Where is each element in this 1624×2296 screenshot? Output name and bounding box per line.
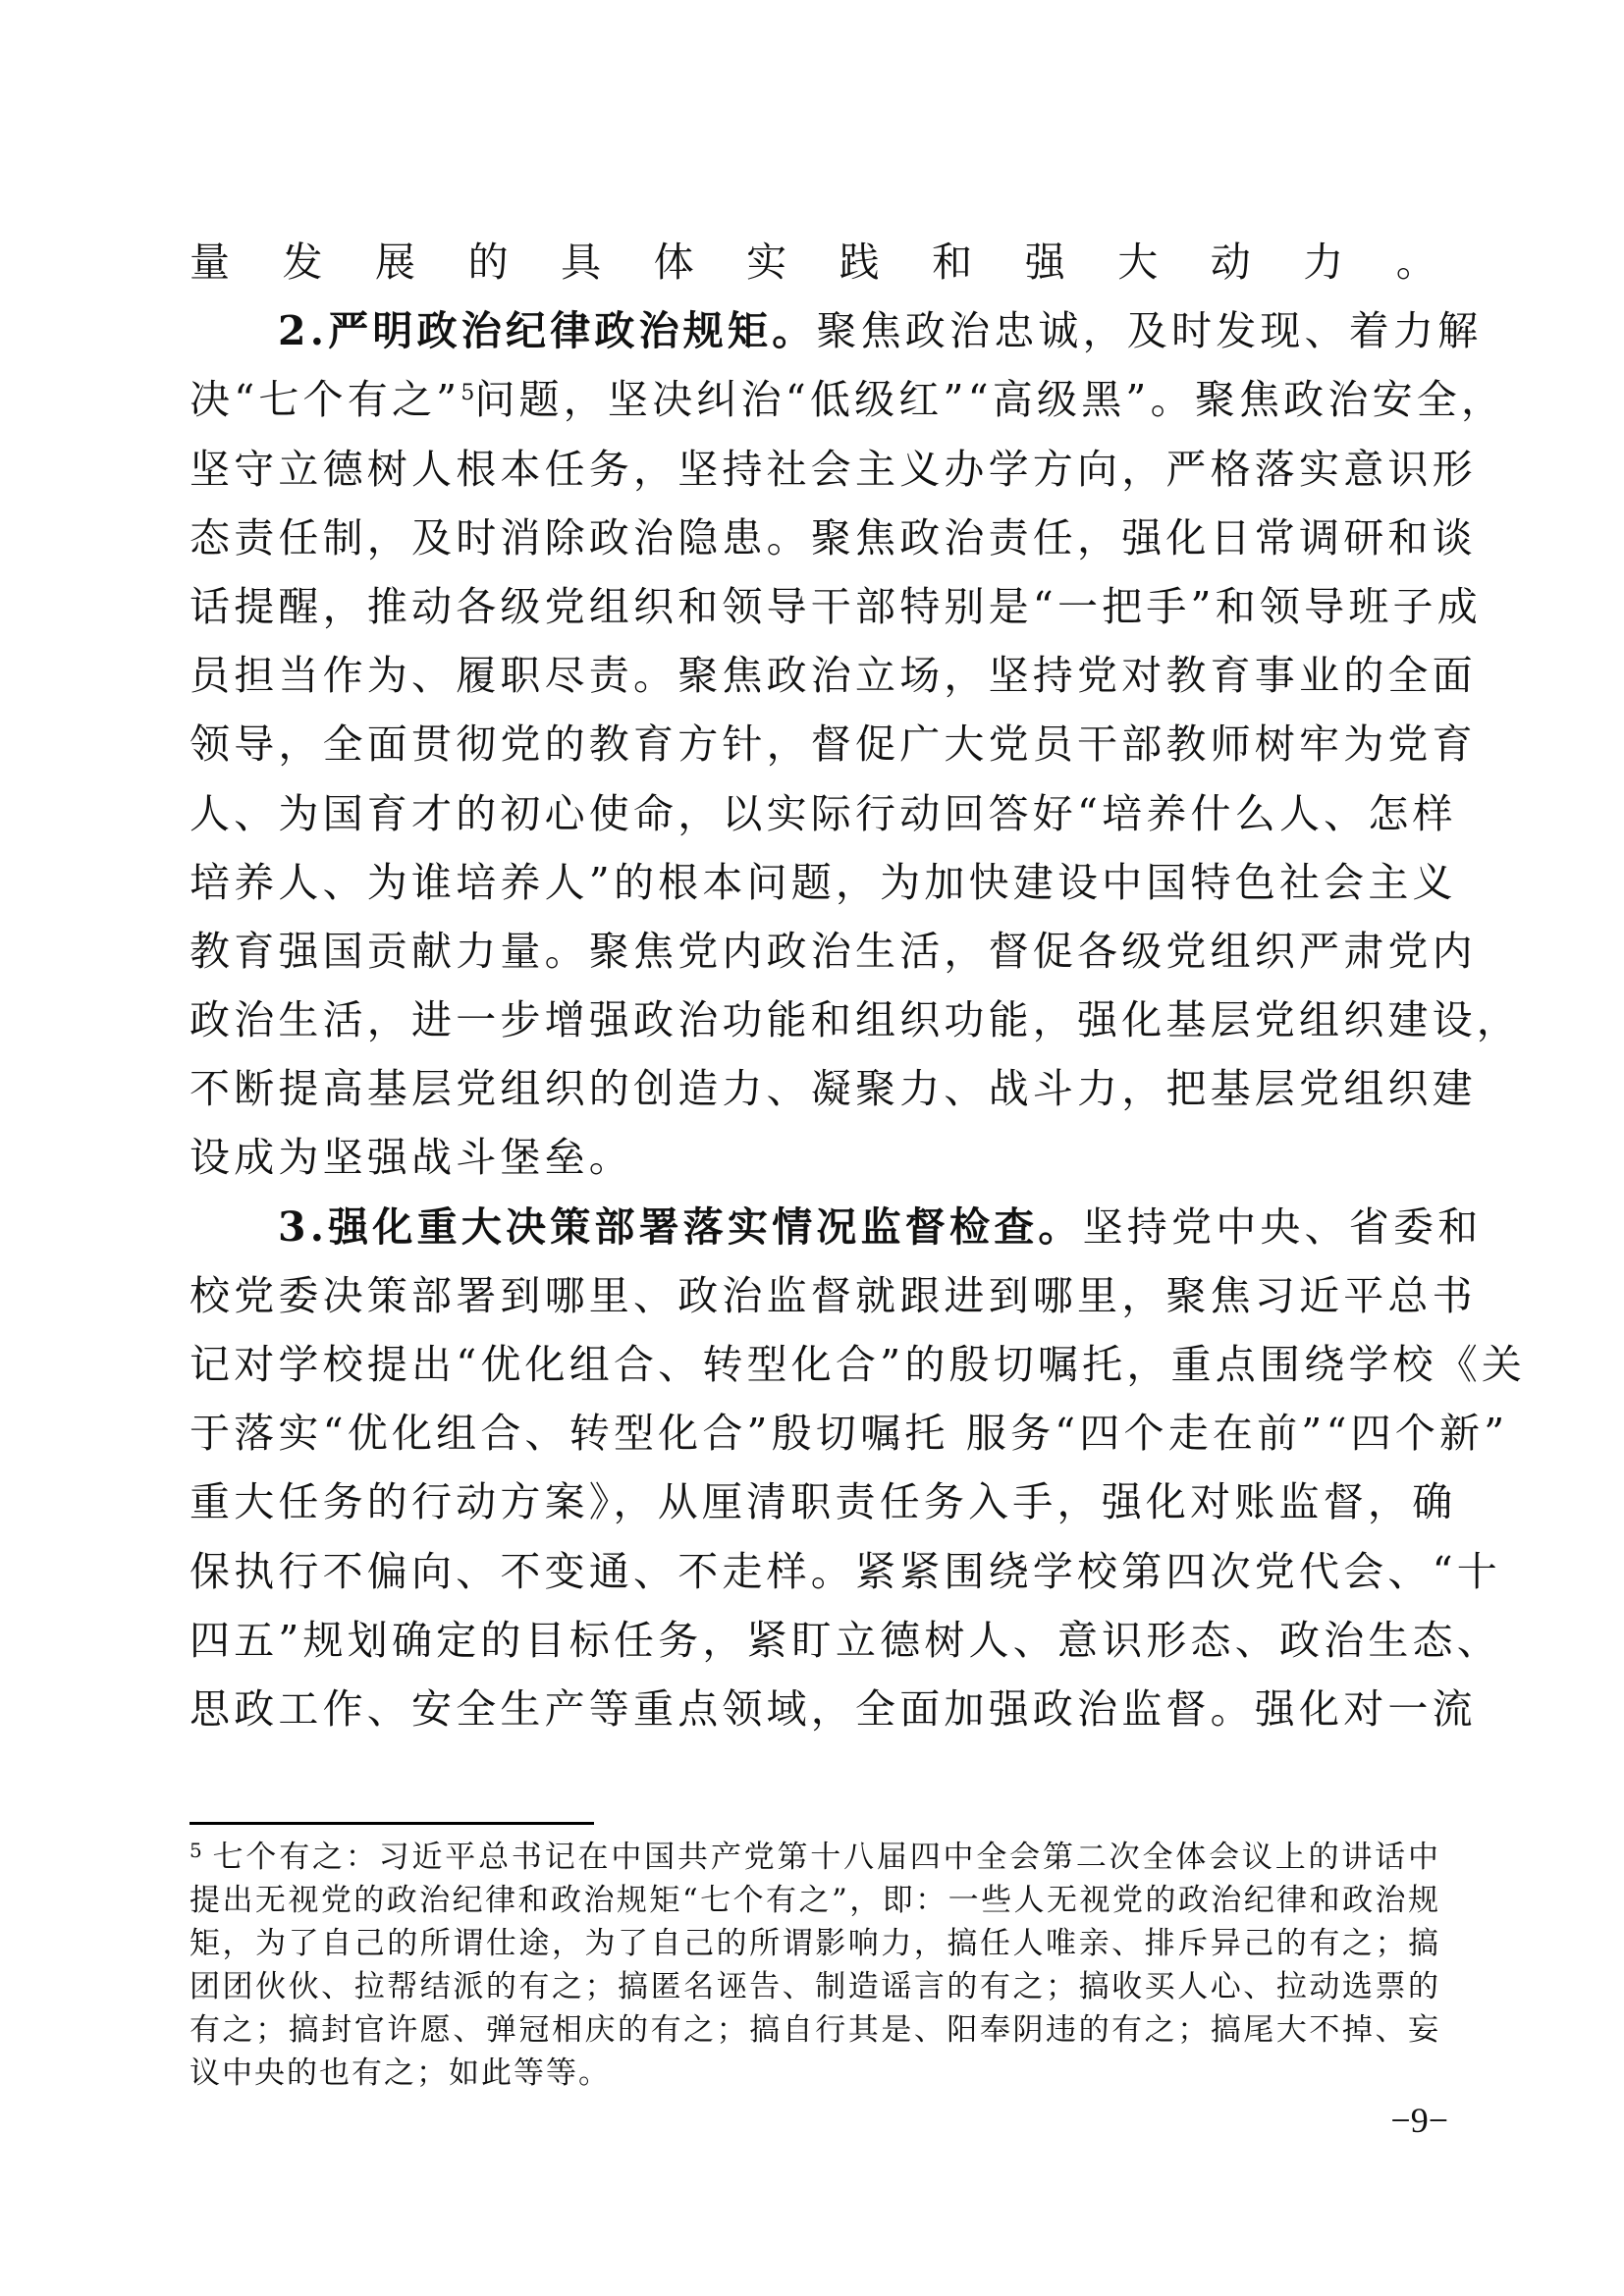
footnote-reference[interactable]: 5 [460, 381, 474, 405]
document-page: 量发展的具体实践和强大动力。 2.严明政治纪律政治规矩。聚焦政治忠诚，及时发现、… [0, 0, 1624, 2296]
line-text: 政治生活，进一步增强政治功能和组织功能，强化基层党组织建设， [189, 996, 1521, 1043]
line-text: 问题，坚决纠治“低级红”“高级黑”。聚焦政治安全， [474, 376, 1505, 423]
footnote-text: 矩，为了自己的所谓仕途，为了自己的所谓影响力，搞任人唯亲、排斥异己的有之；搞 [189, 1926, 1440, 1961]
paragraph-line: 态责任制，及时消除政治隐患。聚焦政治责任，强化日常调研和谈 [189, 504, 1440, 572]
paragraph-line: 校党委决策部署到哪里、政治监督就跟进到哪里，聚焦习近平总书 [189, 1261, 1440, 1330]
line-text: 员担当作为、履职尽责。聚焦政治立场，坚持党对教育事业的全面 [189, 652, 1477, 699]
line-text: 聚焦政治忠诚，及时发现、着力解 [816, 307, 1482, 354]
line-text: 量发展的具体实践和强大动力。 [189, 239, 1440, 286]
paragraph-line: 设成为坚强战斗堡垒。 [189, 1123, 1440, 1192]
paragraph-line: 人、为国育才的初心使命，以实际行动回答好“培养什么人、怎样 [189, 779, 1440, 848]
paragraph-line: 不断提高基层党组织的创造力、凝聚力、战斗力，把基层党组织建 [189, 1054, 1440, 1123]
footnote-text: 团团伙伙、拉帮结派的有之；搞匿名诬告、制造谣言的有之；搞收买人心、拉动选票的 [189, 1969, 1440, 2004]
section-heading-line: 2.严明政治纪律政治规矩。聚焦政治忠诚，及时发现、着力解 [189, 296, 1440, 365]
paragraph-line: 坚守立德树人根本任务，坚持社会主义办学方向，严格落实意识形 [189, 435, 1440, 504]
footnote-text: 提出无视党的政治纪律和政治规矩“七个有之”，即：一些人无视党的政治纪律和政治规 [189, 1883, 1440, 1918]
line-text: 设成为坚强战斗堡垒。 [189, 1134, 633, 1181]
paragraph-line: 教育强国贡献力量。聚焦党内政治生活，督促各级党组织严肃党内 [189, 917, 1440, 986]
paragraph-line: 员担当作为、履职尽责。聚焦政治立场，坚持党对教育事业的全面 [189, 641, 1440, 710]
section-heading-line: 3.强化重大决策部署落实情况监督检查。坚持党中央、省委和 [189, 1193, 1440, 1261]
paragraph-line: 培养人、为谁培养人”的根本问题，为加快建设中国特色社会主义 [189, 848, 1440, 917]
line-text: 态责任制，及时消除政治隐患。聚焦政治责任，强化日常调研和谈 [189, 514, 1477, 561]
footnote-line: 议中央的也有之；如此等等。 [189, 2052, 1440, 2095]
line-text: 决“七个有之” [189, 376, 460, 423]
footnote-line: 5七个有之：习近平总书记在中国共产党第十八届四中全会第二次全体会议上的讲话中 [189, 1836, 1440, 1879]
section-heading-2: 2.严明政治纪律政治规矩。 [278, 307, 816, 354]
line-text: 校党委决策部署到哪里、政治监督就跟进到哪里，聚焦习近平总书 [189, 1272, 1477, 1319]
paragraph-line: 记对学校提出“优化组合、转型化合”的殷切嘱托，重点围绕学校《关 [189, 1330, 1440, 1399]
footnote-section: 5七个有之：习近平总书记在中国共产党第十八届四中全会第二次全体会议上的讲话中 提… [189, 1836, 1440, 2095]
paragraph-line: 决“七个有之”5问题，坚决纠治“低级红”“高级黑”。聚焦政治安全， [189, 365, 1440, 434]
line-text: 话提醒，推动各级党组织和领导干部特别是“一把手”和领导班子成 [189, 583, 1482, 630]
footnote-text: 议中央的也有之；如此等等。 [189, 2056, 611, 2091]
footnote-line: 有之；搞封官许愿、弹冠相庆的有之；搞自行其是、阳奉阴违的有之；搞尾大不掉、妄 [189, 2008, 1440, 2052]
paragraph-line: 政治生活，进一步增强政治功能和组织功能，强化基层党组织建设， [189, 986, 1440, 1054]
line-text: 于落实“优化组合、转型化合”殷切嘱托 服务“四个走在前”“四个新” [189, 1410, 1508, 1457]
section-heading-3: 3.强化重大决策部署落实情况监督检查。 [278, 1203, 1083, 1251]
paragraph-line: 领导，全面贯彻党的教育方针，督促广大党员干部教师树牢为党育 [189, 710, 1440, 778]
paragraph-line: 保执行不偏向、不变通、不走样。紧紧围绕学校第四次党代会、“十 [189, 1537, 1440, 1606]
footnote-text: 七个有之：习近平总书记在中国共产党第十八届四中全会第二次全体会议上的讲话中 [212, 1840, 1440, 1875]
line-text: 领导，全面贯彻党的教育方针，督促广大党员干部教师树牢为党育 [189, 721, 1477, 768]
paragraph-line: 思政工作、安全生产等重点领域，全面加强政治监督。强化对一流 [189, 1675, 1440, 1743]
paragraph-line: 话提醒，推动各级党组织和领导干部特别是“一把手”和领导班子成 [189, 572, 1440, 641]
line-text: 思政工作、安全生产等重点领域，全面加强政治监督。强化对一流 [189, 1685, 1477, 1733]
page-number: −9− [1380, 2101, 1448, 2140]
footnote-divider [189, 1822, 594, 1825]
line-text: 坚守立德树人根本任务，坚持社会主义办学方向，严格落实意识形 [189, 446, 1477, 493]
line-text: 保执行不偏向、不变通、不走样。紧紧围绕学校第四次党代会、“十 [189, 1548, 1501, 1595]
line-text: 重大任务的行动方案》，从厘清职责任务入手，强化对账监督，确 [189, 1478, 1456, 1525]
line-text: 记对学校提出“优化组合、转型化合”的殷切嘱托，重点围绕学校《关 [189, 1341, 1526, 1388]
paragraph-line: 于落实“优化组合、转型化合”殷切嘱托 服务“四个走在前”“四个新” [189, 1399, 1440, 1468]
line-text: 坚持党中央、省委和 [1083, 1203, 1483, 1251]
line-text: 人、为国育才的初心使命，以实际行动回答好“培养什么人、怎样 [189, 790, 1457, 837]
footnote-text: 有之；搞封官许愿、弹冠相庆的有之；搞自行其是、阳奉阴违的有之；搞尾大不掉、妄 [189, 2012, 1440, 2048]
footnote-line: 矩，为了自己的所谓仕途，为了自己的所谓影响力，搞任人唯亲、排斥异己的有之；搞 [189, 1922, 1440, 1965]
line-text: 培养人、为谁培养人”的根本问题，为加快建设中国特色社会主义 [189, 859, 1457, 906]
body-text: 量发展的具体实践和强大动力。 2.严明政治纪律政治规矩。聚焦政治忠诚，及时发现、… [189, 228, 1440, 1743]
paragraph-line: 四五”规划确定的目标任务，紧盯立德树人、意识形态、政治生态、 [189, 1606, 1440, 1675]
line-text: 教育强国贡献力量。聚焦党内政治生活，督促各级党组织严肃党内 [189, 928, 1477, 975]
line-text: 不断提高基层党组织的创造力、凝聚力、战斗力，把基层党组织建 [189, 1065, 1477, 1112]
paragraph-line: 量发展的具体实践和强大动力。 [189, 228, 1440, 296]
footnote-marker: 5 [189, 1839, 202, 1862]
line-text: 四五”规划确定的目标任务，紧盯立德树人、意识形态、政治生态、 [189, 1617, 1501, 1664]
footnote-line: 团团伙伙、拉帮结派的有之；搞匿名诬告、制造谣言的有之；搞收买人心、拉动选票的 [189, 1965, 1440, 2008]
paragraph-line: 重大任务的行动方案》，从厘清职责任务入手，强化对账监督，确 [189, 1468, 1440, 1536]
footnote-line: 提出无视党的政治纪律和政治规矩“七个有之”，即：一些人无视党的政治纪律和政治规 [189, 1879, 1440, 1922]
